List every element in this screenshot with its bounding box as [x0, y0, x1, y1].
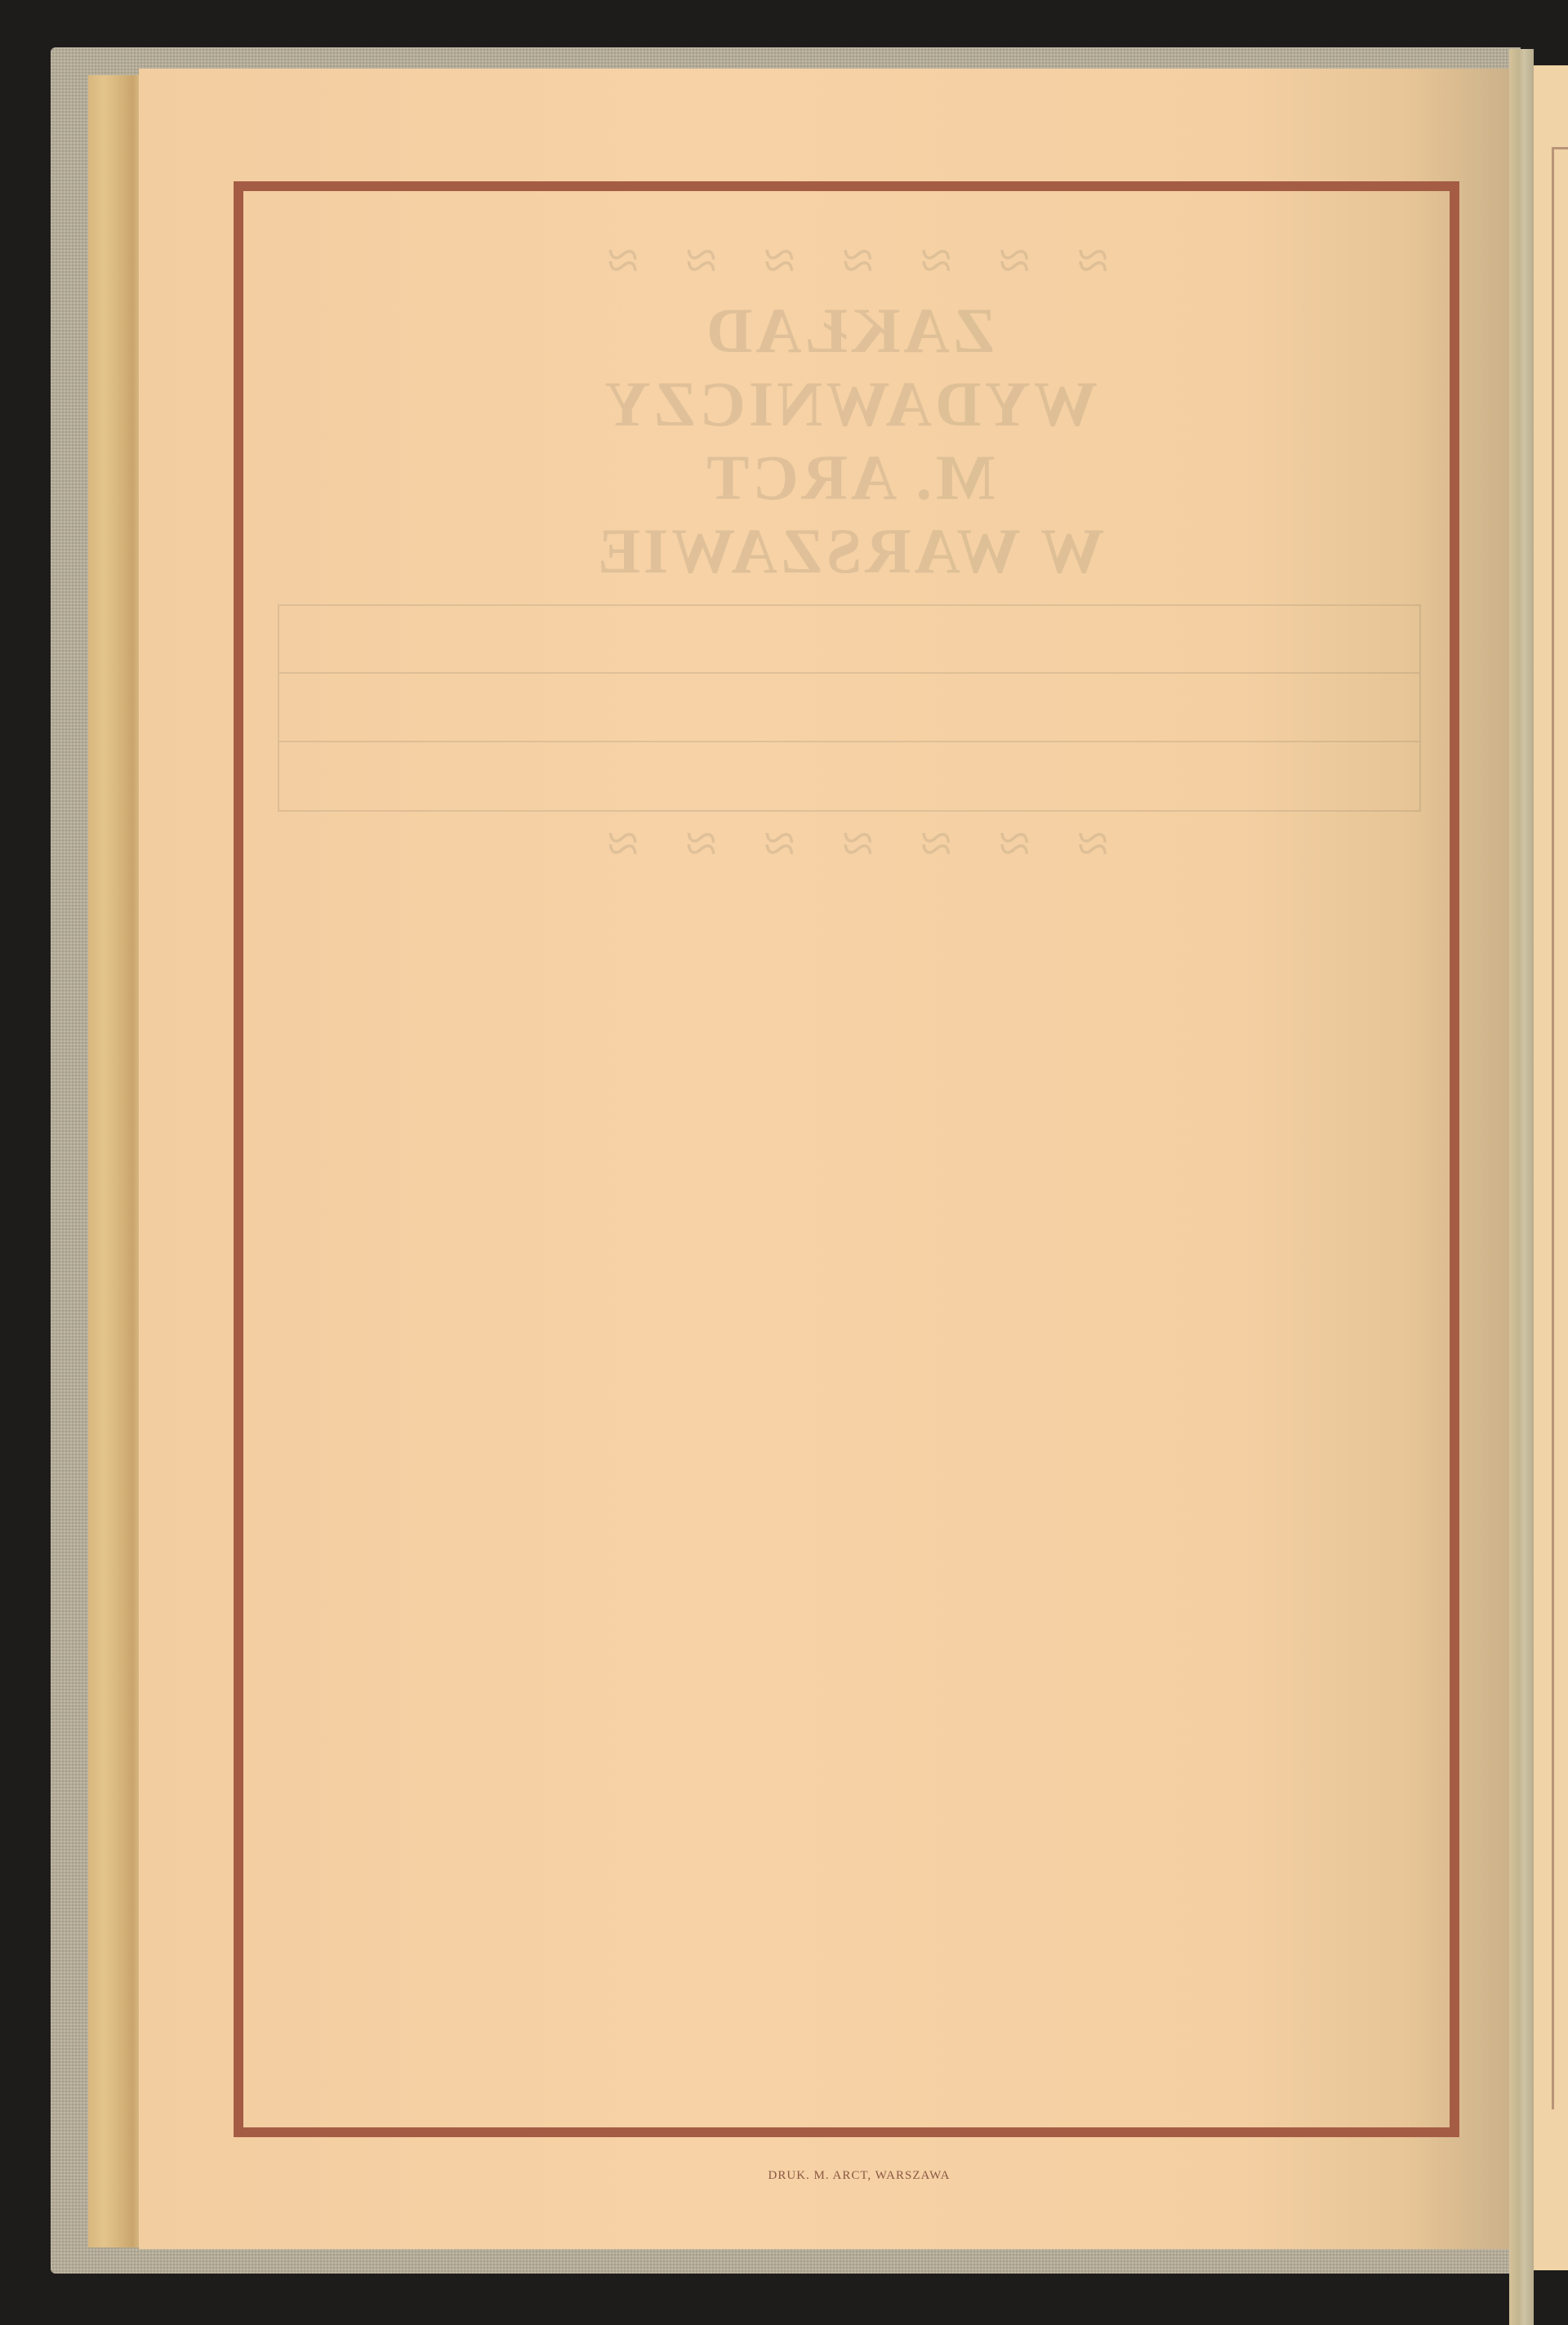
page-fore-edge [88, 75, 140, 2247]
facing-page-frame [1552, 147, 1568, 2109]
printed-red-frame [234, 181, 1459, 2137]
facing-page-edge [1534, 65, 1568, 2270]
printer-imprint: DRUK. M. ARCT, WARSZAWA [0, 2169, 1568, 2183]
book-gutter [1509, 49, 1534, 2325]
